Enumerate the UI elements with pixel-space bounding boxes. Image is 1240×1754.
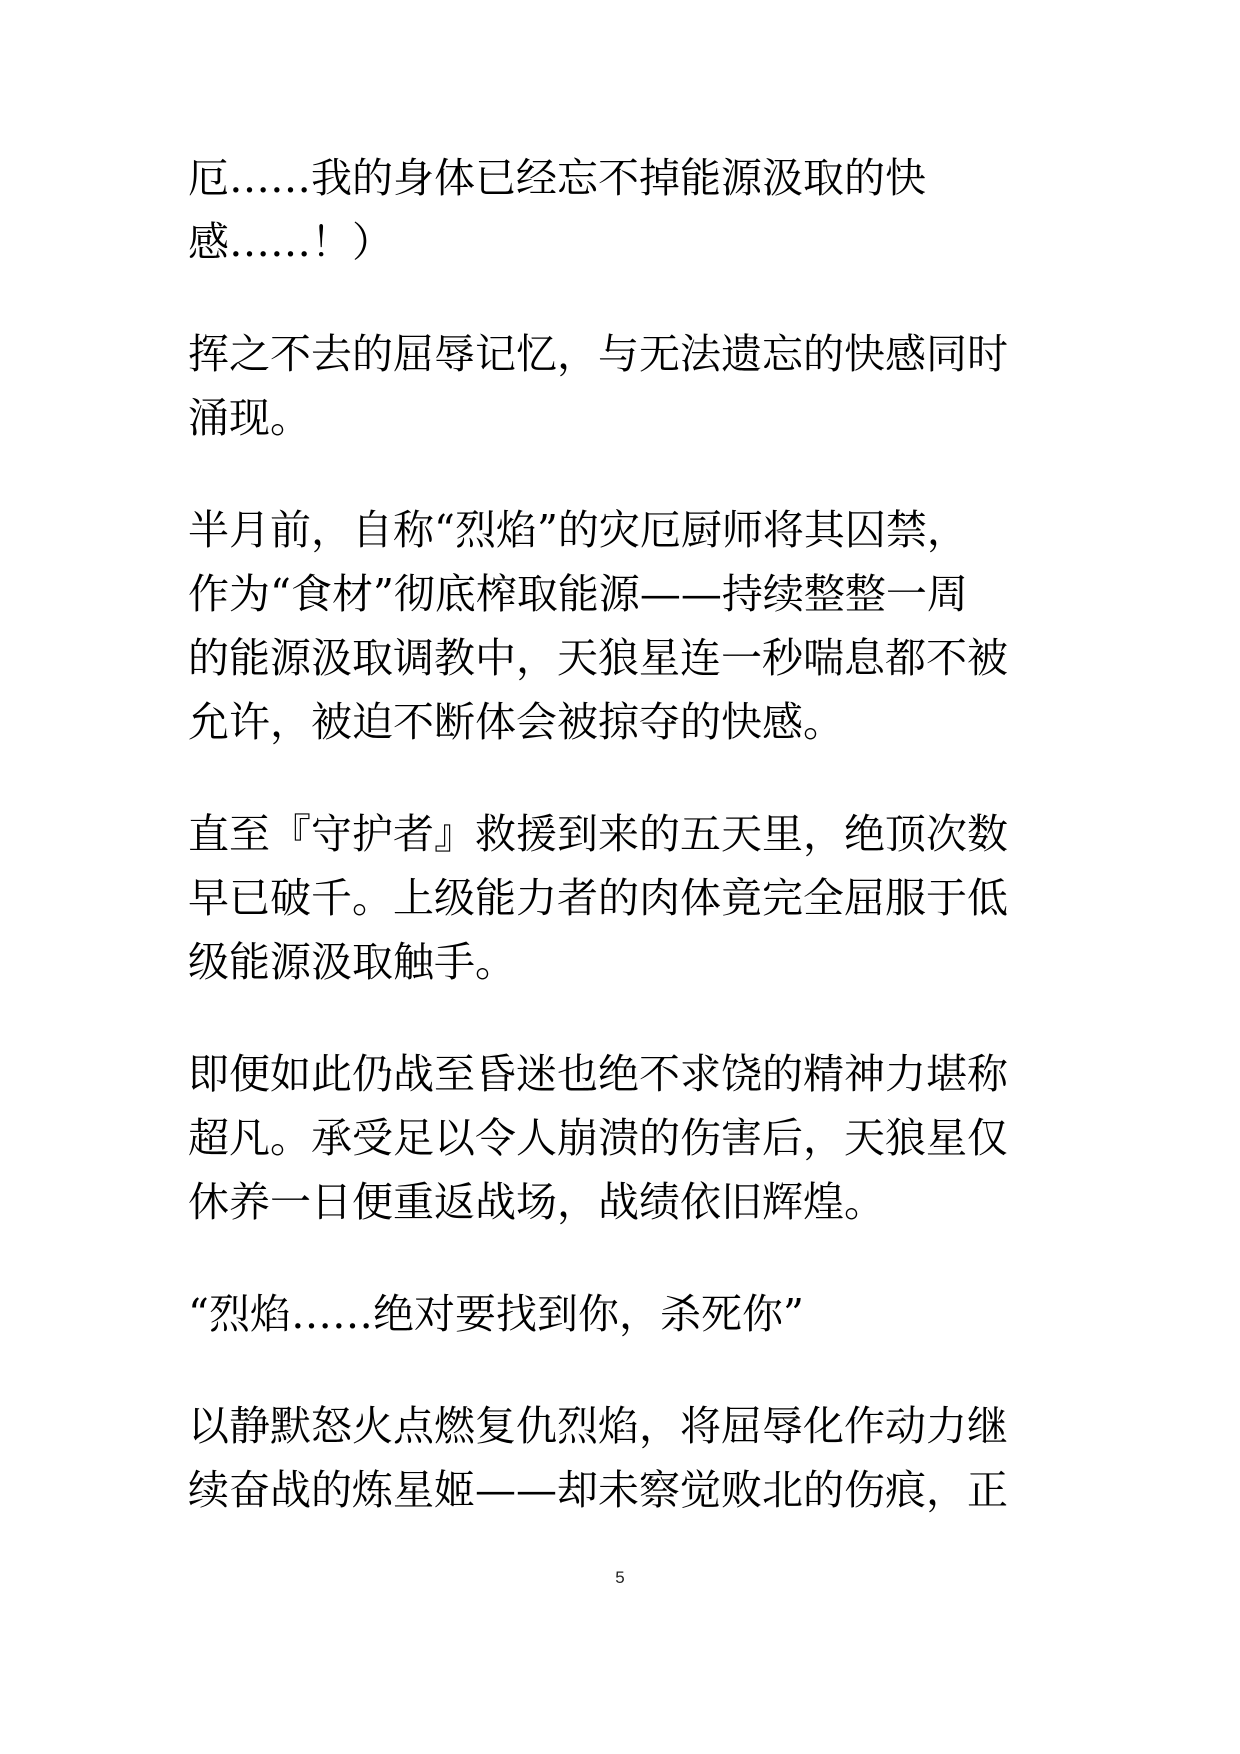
text-line: 涌现。 xyxy=(188,386,1068,450)
paragraph-5: 即便如此仍战至昏迷也绝不求饶的精神力堪称 超凡。承受足以令人崩溃的伤害后，天狼星… xyxy=(188,1042,1068,1234)
text-line: “烈焰……绝对要找到你，杀死你” xyxy=(188,1282,1068,1346)
paragraph-2: 挥之不去的屈辱记忆，与无法遗忘的快感同时 涌现。 xyxy=(188,322,1068,450)
text-line: 即便如此仍战至昏迷也绝不求饶的精神力堪称 xyxy=(188,1042,1068,1106)
text-line: 半月前，自称“烈焰”的灾厄厨师将其囚禁， xyxy=(188,498,1068,562)
text-line: 以静默怒火点燃复仇烈焰，将屈辱化作动力继 xyxy=(188,1394,1068,1458)
text-line: 超凡。承受足以令人崩溃的伤害后，天狼星仅 xyxy=(188,1106,1068,1170)
paragraph-3: 半月前，自称“烈焰”的灾厄厨师将其囚禁， 作为“食材”彻底榨取能源——持续整整一… xyxy=(188,498,1068,754)
text-line: 允许，被迫不断体会被掠夺的快感。 xyxy=(188,690,1068,754)
paragraph-4: 直至『守护者』救援到来的五天里，绝顶次数 早已破千。上级能力者的肉体竟完全屈服于… xyxy=(188,802,1068,994)
paragraph-7: 以静默怒火点燃复仇烈焰，将屈辱化作动力继 续奋战的炼星姬——却未察觉败北的伤痕，… xyxy=(188,1394,1068,1522)
body-text: 厄……我的身体已经忘不掉能源汲取的快 感……！） 挥之不去的屈辱记忆，与无法遗忘… xyxy=(188,146,1068,1570)
text-line: 级能源汲取触手。 xyxy=(188,930,1068,994)
paragraph-1: 厄……我的身体已经忘不掉能源汲取的快 感……！） xyxy=(188,146,1068,274)
text-line: 的能源汲取调教中，天狼星连一秒喘息都不被 xyxy=(188,626,1068,690)
paragraph-6-dialogue: “烈焰……绝对要找到你，杀死你” xyxy=(188,1282,1068,1346)
text-line: 直至『守护者』救援到来的五天里，绝顶次数 xyxy=(188,802,1068,866)
text-line: 作为“食材”彻底榨取能源——持续整整一周 xyxy=(188,562,1068,626)
document-page: 厄……我的身体已经忘不掉能源汲取的快 感……！） 挥之不去的屈辱记忆，与无法遗忘… xyxy=(0,0,1240,1754)
text-line: 休养一日便重返战场，战绩依旧辉煌。 xyxy=(188,1170,1068,1234)
text-line: 续奋战的炼星姬——却未察觉败北的伤痕，正 xyxy=(188,1458,1068,1522)
page-number: 5 xyxy=(0,1568,1240,1588)
text-line: 厄……我的身体已经忘不掉能源汲取的快 xyxy=(188,146,1068,210)
text-line: 挥之不去的屈辱记忆，与无法遗忘的快感同时 xyxy=(188,322,1068,386)
text-line: 感……！） xyxy=(188,210,1068,274)
text-line: 早已破千。上级能力者的肉体竟完全屈服于低 xyxy=(188,866,1068,930)
